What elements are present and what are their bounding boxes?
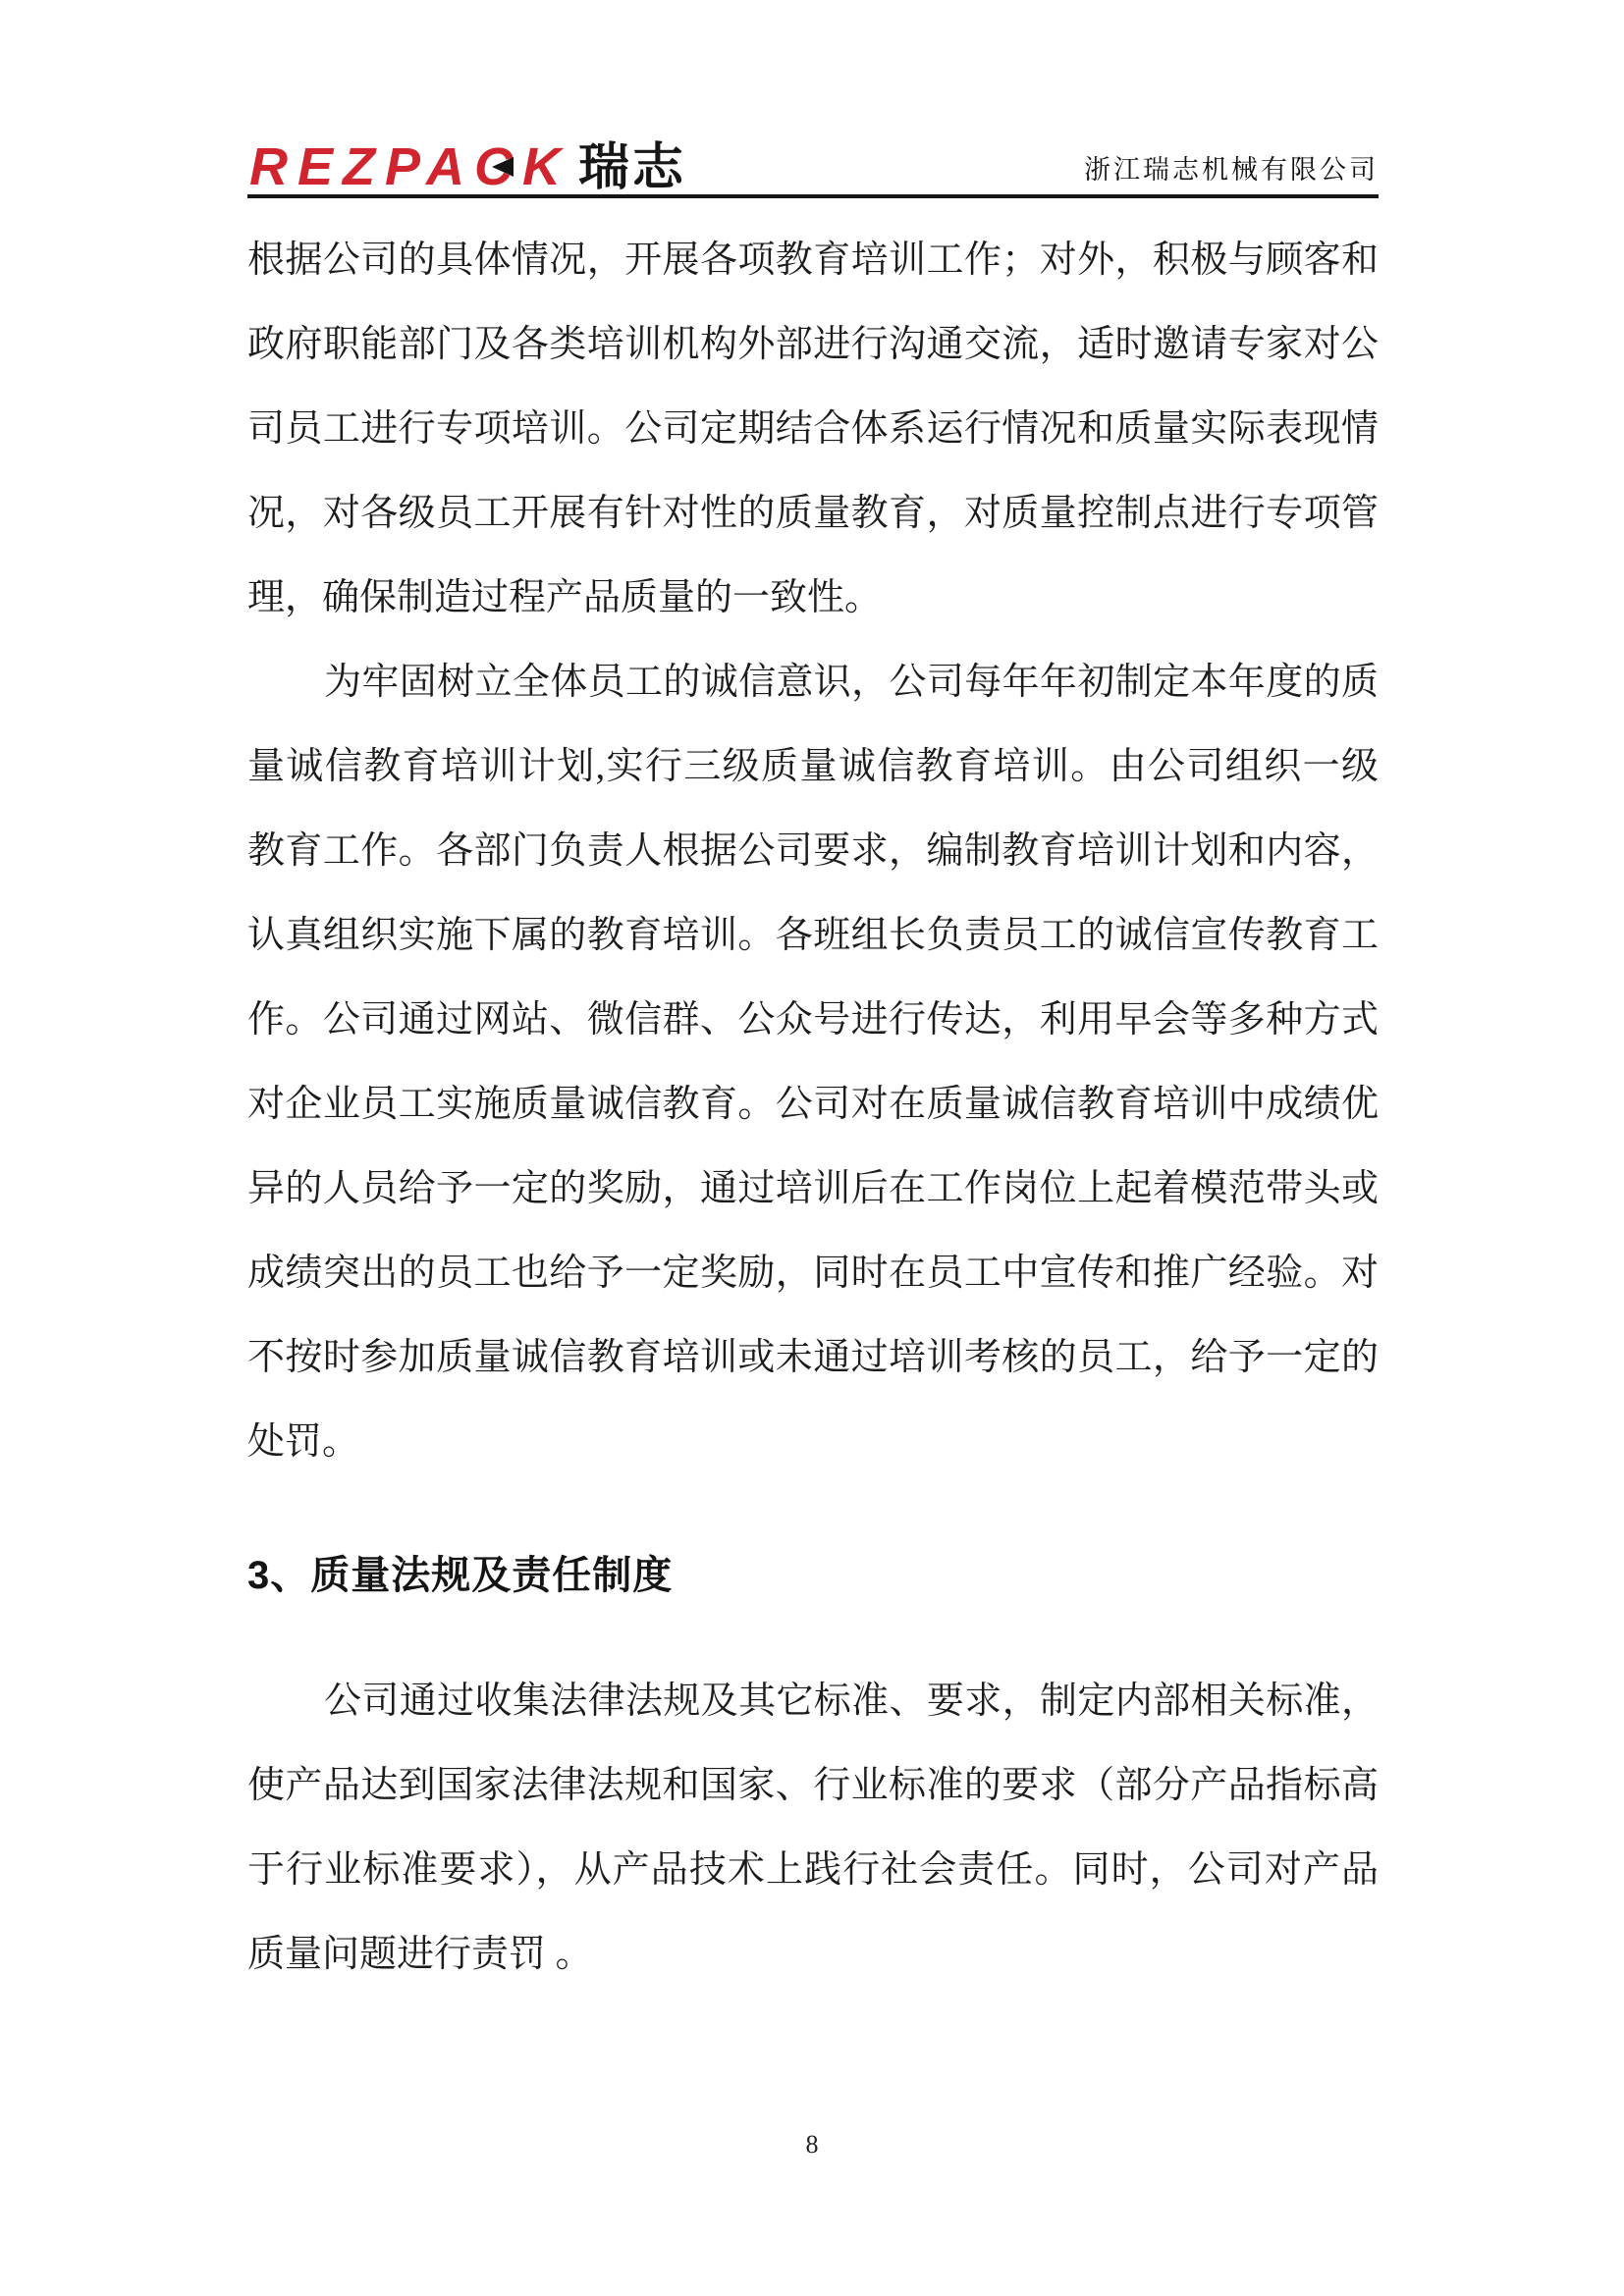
header-rule: [247, 194, 1379, 198]
page-header: REZPACK 瑞志 浙江瑞志机械有限公司: [247, 133, 1379, 194]
paragraph-2: 为牢固树立全体员工的诚信意识，公司每年年初制定本年度的质 量诚信教育培训计划,实…: [247, 640, 1379, 1484]
body-line: 不按时参加质量诚信教育培训或未通过培训考核的员工，给予一定的: [247, 1315, 1379, 1400]
body-line: 异的人员给予一定的奖励，通过培训后在工作岗位上起着模范带头或: [247, 1147, 1379, 1231]
logo-text-en: REZPACK: [249, 137, 570, 196]
company-logo: REZPACK 瑞志: [249, 145, 686, 188]
document-body: 根据公司的具体情况，开展各项教育培训工作；对外，积极与顾客和 政府职能部门及各类…: [247, 218, 1379, 1997]
body-line: 根据公司的具体情况，开展各项教育培训工作；对外，积极与顾客和: [247, 218, 1379, 302]
body-line: 为牢固树立全体员工的诚信意识，公司每年年初制定本年度的质: [247, 640, 1379, 724]
body-line: 质量问题进行责罚 。: [247, 1912, 1379, 1997]
company-name: 浙江瑞志机械有限公司: [1084, 148, 1379, 187]
body-line: 况，对各级员工开展有针对性的质量教育，对质量控制点进行专项管: [247, 471, 1379, 556]
body-line: 量诚信教育培训计划,实行三级质量诚信教育培训。由公司组织一级: [247, 724, 1379, 809]
body-line: 作。公司通过网站、微信群、公众号进行传达，利用早会等多种方式: [247, 978, 1379, 1062]
body-line: 使产品达到国家法律法规和国家、行业标准的要求（部分产品指标高: [247, 1743, 1379, 1828]
paragraph-3: 公司通过收集法律法规及其它标准、要求，制定内部相关标准， 使产品达到国家法律法规…: [247, 1659, 1379, 1997]
body-line: 认真组织实施下属的教育培训。各班组长负责员工的诚信宣传教育工: [247, 893, 1379, 978]
page-number: 8: [0, 2130, 1624, 2160]
section-heading: 3、质量法规及责任制度: [247, 1533, 1379, 1618]
document-page: REZPACK 瑞志 浙江瑞志机械有限公司 根据公司的具体情况，开展各项教育培训…: [0, 0, 1624, 2296]
logo-wordmark-en: REZPACK: [249, 145, 570, 188]
logo-text-cn: 瑞志: [578, 147, 686, 188]
body-line: 教育工作。各部门负责人根据公司要求，编制教育培训计划和内容，: [247, 809, 1379, 893]
body-line: 司员工进行专项培训。公司定期结合体系运行情况和质量实际表现情: [247, 387, 1379, 471]
body-line: 理，确保制造过程产品质量的一致性。: [247, 556, 1379, 640]
paragraph-1: 根据公司的具体情况，开展各项教育培训工作；对外，积极与顾客和 政府职能部门及各类…: [247, 218, 1379, 640]
logo-arrow-icon: [492, 157, 514, 177]
body-line: 政府职能部门及各类培训机构外部进行沟通交流，适时邀请专家对公: [247, 302, 1379, 387]
body-line: 对企业员工实施质量诚信教育。公司对在质量诚信教育培训中成绩优: [247, 1062, 1379, 1147]
body-line: 成绩突出的员工也给予一定奖励，同时在员工中宣传和推广经验。对: [247, 1231, 1379, 1315]
body-line: 处罚。: [247, 1400, 1379, 1484]
body-line: 于行业标准要求），从产品技术上践行社会责任。同时，公司对产品: [247, 1828, 1379, 1912]
body-line: 公司通过收集法律法规及其它标准、要求，制定内部相关标准，: [247, 1659, 1379, 1743]
